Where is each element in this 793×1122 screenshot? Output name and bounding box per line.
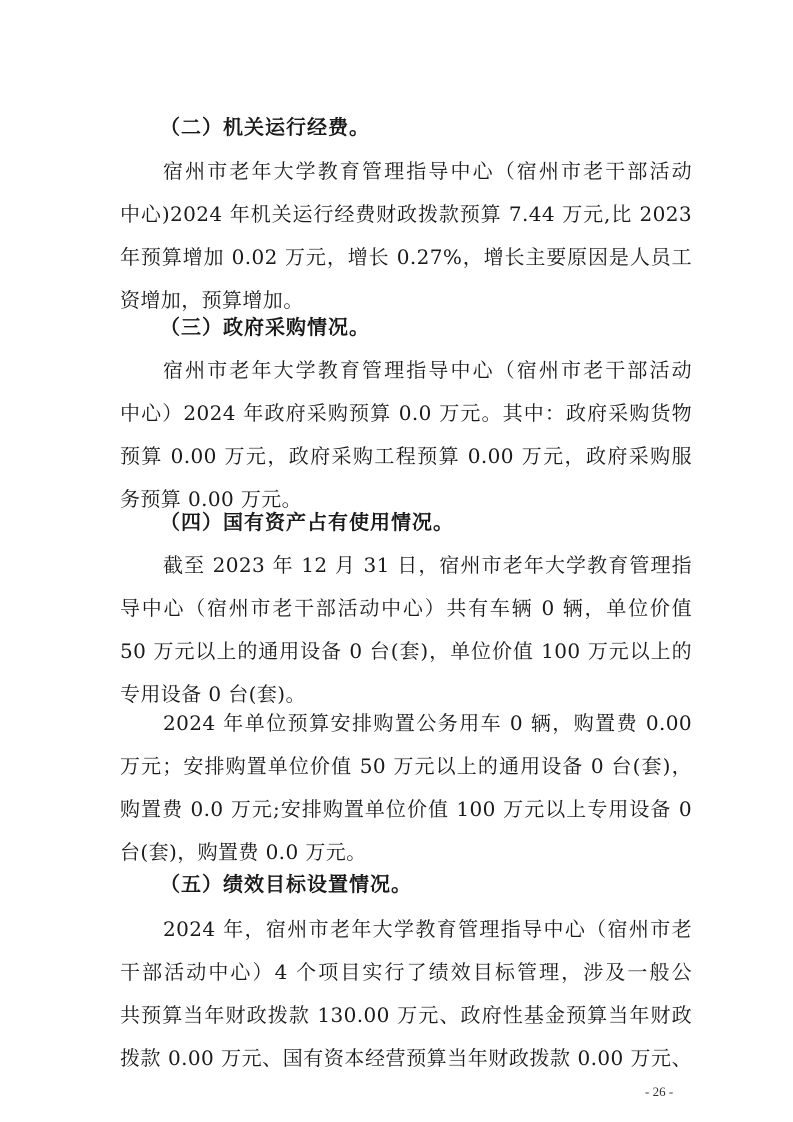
paragraph-line: 宿州市老年大学教育管理指导中心（宿州市老干部活动 (163, 358, 692, 382)
paragraph-line: 中心)2024 年机关运行经费财政拨款预算 7.44 万元,比 2023 (120, 202, 692, 226)
paragraph-line: 务预算 0.00 万元。 (120, 487, 692, 511)
section-heading-3: （三）政府采购情况。 (160, 315, 370, 339)
paragraph-line: 导中心（宿州市老干部活动中心）共有车辆 0 辆，单位价值 (120, 596, 692, 620)
paragraph-line: 专用设备 0 台(套)。 (120, 682, 692, 706)
paragraph-line: 台(套)，购置费 0.0 万元。 (120, 840, 692, 864)
paragraph-line: 购置费 0.0 万元;安排购置单位价值 100 万元以上专用设备 0 (120, 797, 692, 821)
paragraph-line: 2024 年，宿州市老年大学教育管理指导中心（宿州市老 (163, 917, 692, 941)
paragraph-line: 2024 年单位预算安排购置公务用车 0 辆，购置费 0.00 (163, 711, 692, 735)
paragraph-line: 年预算增加 0.02 万元，增长 0.27%，增长主要原因是人员工 (120, 245, 692, 269)
paragraph-line: 宿州市老年大学教育管理指导中心（宿州市老干部活动 (163, 159, 692, 183)
paragraph-line: 资增加，预算增加。 (120, 288, 692, 312)
paragraph-line: 共预算当年财政拨款 130.00 万元、政府性基金预算当年财政 (120, 1003, 692, 1027)
paragraph-line: 50 万元以上的通用设备 0 台(套)，单位价值 100 万元以上的 (120, 639, 692, 663)
section-heading-2: （二）机关运行经费。 (160, 115, 370, 139)
paragraph-line: 截至 2023 年 12 月 31 日，宿州市老年大学教育管理指 (163, 553, 692, 577)
paragraph-line: 预算 0.00 万元，政府采购工程预算 0.00 万元，政府采购服 (120, 444, 692, 468)
page-number: - 26 - (645, 1084, 673, 1100)
section-heading-5: （五）绩效目标设置情况。 (160, 872, 412, 896)
document-page: （二）机关运行经费。 宿州市老年大学教育管理指导中心（宿州市老干部活动 中心)2… (0, 0, 793, 1122)
paragraph-line: 万元；安排购置单位价值 50 万元以上的通用设备 0 台(套)， (120, 754, 692, 778)
paragraph-line: 拨款 0.00 万元、国有资本经营预算当年财政拨款 0.00 万元、 (120, 1046, 692, 1070)
paragraph-line: 中心）2024 年政府采购预算 0.0 万元。其中：政府采购货物 (120, 401, 692, 425)
paragraph-line: 干部活动中心）4 个项目实行了绩效目标管理，涉及一般公 (120, 960, 692, 984)
section-heading-4: （四）国有资产占有使用情况。 (160, 510, 454, 534)
